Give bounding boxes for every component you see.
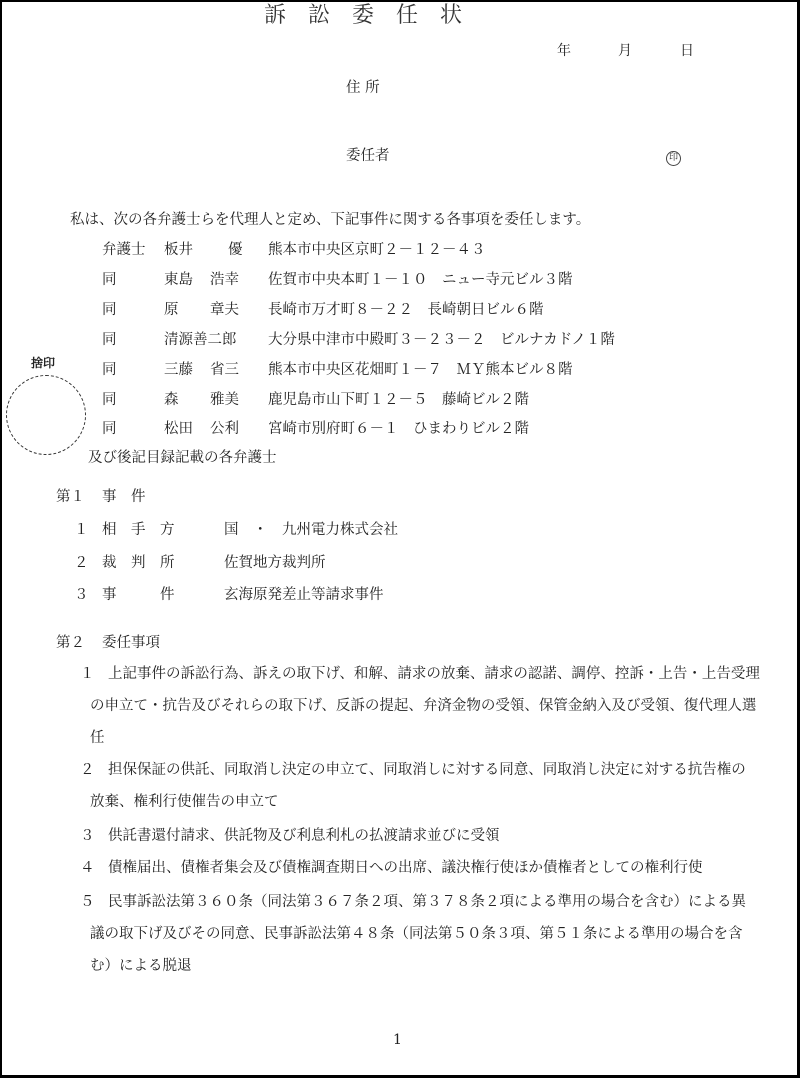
lawyer-surname: 松田 [164,417,193,438]
lawyer-title: 同 [102,268,117,289]
lawyer-surname: 原 [164,298,179,319]
mandate-item-text: 債権届出、債権者集会及び債権調査期日への出席、議決権行使ほか債権者としての権利行… [80,852,760,884]
discard-stamp-label: 捨印 [31,354,55,371]
lawyer-address: 宮崎市別府町６－１ ひまわりビル２階 [268,417,529,438]
address-label: 住 所 [346,76,380,97]
mandate-item: １ 上記事件の訴訟行為、訴えの取下げ、和解、請求の放棄、請求の認諾、調停、控訴・… [80,658,760,754]
lawyer-title: 同 [102,358,117,379]
case-row-value: 佐賀地方裁判所 [224,551,326,572]
case-row-value: 玄海原発差止等請求事件 [224,583,384,604]
case-row-label: 裁 判 所 [102,551,175,572]
discard-stamp-circle [6,375,86,455]
mandate-item: ２ 担保保証の供託、同取消し決定の申立て、同取消しに対する同意、同取消し決定に対… [80,754,760,818]
lawyer-address: 熊本市中央区京町２－１２－４３ [268,238,486,259]
lawyer-address: 鹿児島市山下町１２－５ 藤崎ビル２階 [268,388,529,409]
mandate-item-number: ２ [80,754,95,786]
case-row-label: 事 件 [102,583,175,604]
principal-label: 委任者 [346,144,390,165]
intro-text: 私は、次の各弁護士らを代理人と定め、下記事件に関する各事項を委任します。 [70,208,590,229]
month-label: 月 [618,40,632,60]
case-row-value: 国 ・ 九州電力株式会社 [224,518,398,539]
mandate-item-text: 供託書還付請求、供託物及び利息利札の払渡請求並びに受領 [80,820,760,852]
mandate-item-number: １ [80,658,95,690]
lawyers-footer: 及び後記目録記載の各弁護士 [88,446,277,467]
lawyer-given: 浩幸 [210,268,239,289]
lawyer-surname: 板井 [164,238,193,259]
year-label: 年 [557,40,571,60]
mandate-item-number: ４ [80,852,95,884]
case-row-number: ３ [74,583,89,604]
section-2-number: 第２ [56,631,85,652]
lawyer-given: 省三 [210,358,239,379]
day-label: 日 [680,40,694,60]
case-row-label: 相 手 方 [102,518,175,539]
lawyer-given: 章夫 [210,298,239,319]
mandate-item: ４ 債権届出、債権者集会及び債権調査期日への出席、議決権行使ほか債権者としての権… [80,852,760,884]
lawyer-given: 優 [228,238,243,259]
seal-icon: 印 [666,151,681,166]
section-2-heading: 委任事項 [102,631,160,652]
lawyer-given: 雅美 [210,388,239,409]
mandate-item-text: 担保保証の供託、同取消し決定の申立て、同取消しに対する同意、同取消し決定に対する… [80,754,760,818]
lawyer-surname: 清源善二郎 [164,328,237,349]
lawyer-address: 佐賀市中央本町１－１０ ニュー寺元ビル３階 [268,268,573,289]
section-1-number: 第１ [56,485,85,506]
case-row-number: ２ [74,551,89,572]
mandate-item-number: ５ [80,886,95,918]
page-number: 1 [393,1032,402,1048]
mandate-item: ５ 民事訴訟法第３６０条（同法第３６７条２項、第３７８条２項による準用の場合を含… [80,886,760,982]
document-page: 訴訟委任状 年 月 日 住 所 委任者 印 私は、次の各弁護士らを代理人と定め、… [2,2,797,1075]
seal-mark: 印 [666,145,681,166]
lawyer-address: 大分県中津市中殿町３－２３－２ ビルナカドノ１階 [268,328,615,349]
lawyer-address: 熊本市中央区花畑町１－７ ＭＹ熊本ビル８階 [268,358,573,379]
lawyer-given: 公利 [210,417,239,438]
mandate-item: ３ 供託書還付請求、供託物及び利息利札の払渡請求並びに受領 [80,820,760,852]
lawyer-title: 同 [102,417,117,438]
section-1-heading: 事 件 [102,485,146,506]
mandate-item-number: ３ [80,820,95,852]
lawyer-surname: 森 [164,388,179,409]
mandate-item-text: 上記事件の訴訟行為、訴えの取下げ、和解、請求の放棄、請求の認諾、調停、控訴・上告… [80,658,760,754]
lawyer-title: 弁護士 [102,238,146,259]
mandate-item-text: 民事訴訟法第３６０条（同法第３６７条２項、第３７８条２項による準用の場合を含む）… [80,886,760,982]
lawyer-surname: 三藤 [164,358,193,379]
lawyer-title: 同 [102,298,117,319]
lawyer-title: 同 [102,328,117,349]
lawyer-title: 同 [102,388,117,409]
lawyer-surname: 東島 [164,268,193,289]
lawyer-address: 長崎市万才町８－２２ 長崎朝日ビル６階 [268,298,544,319]
document-title: 訴訟委任状 [264,2,484,29]
case-row-number: １ [74,518,89,539]
